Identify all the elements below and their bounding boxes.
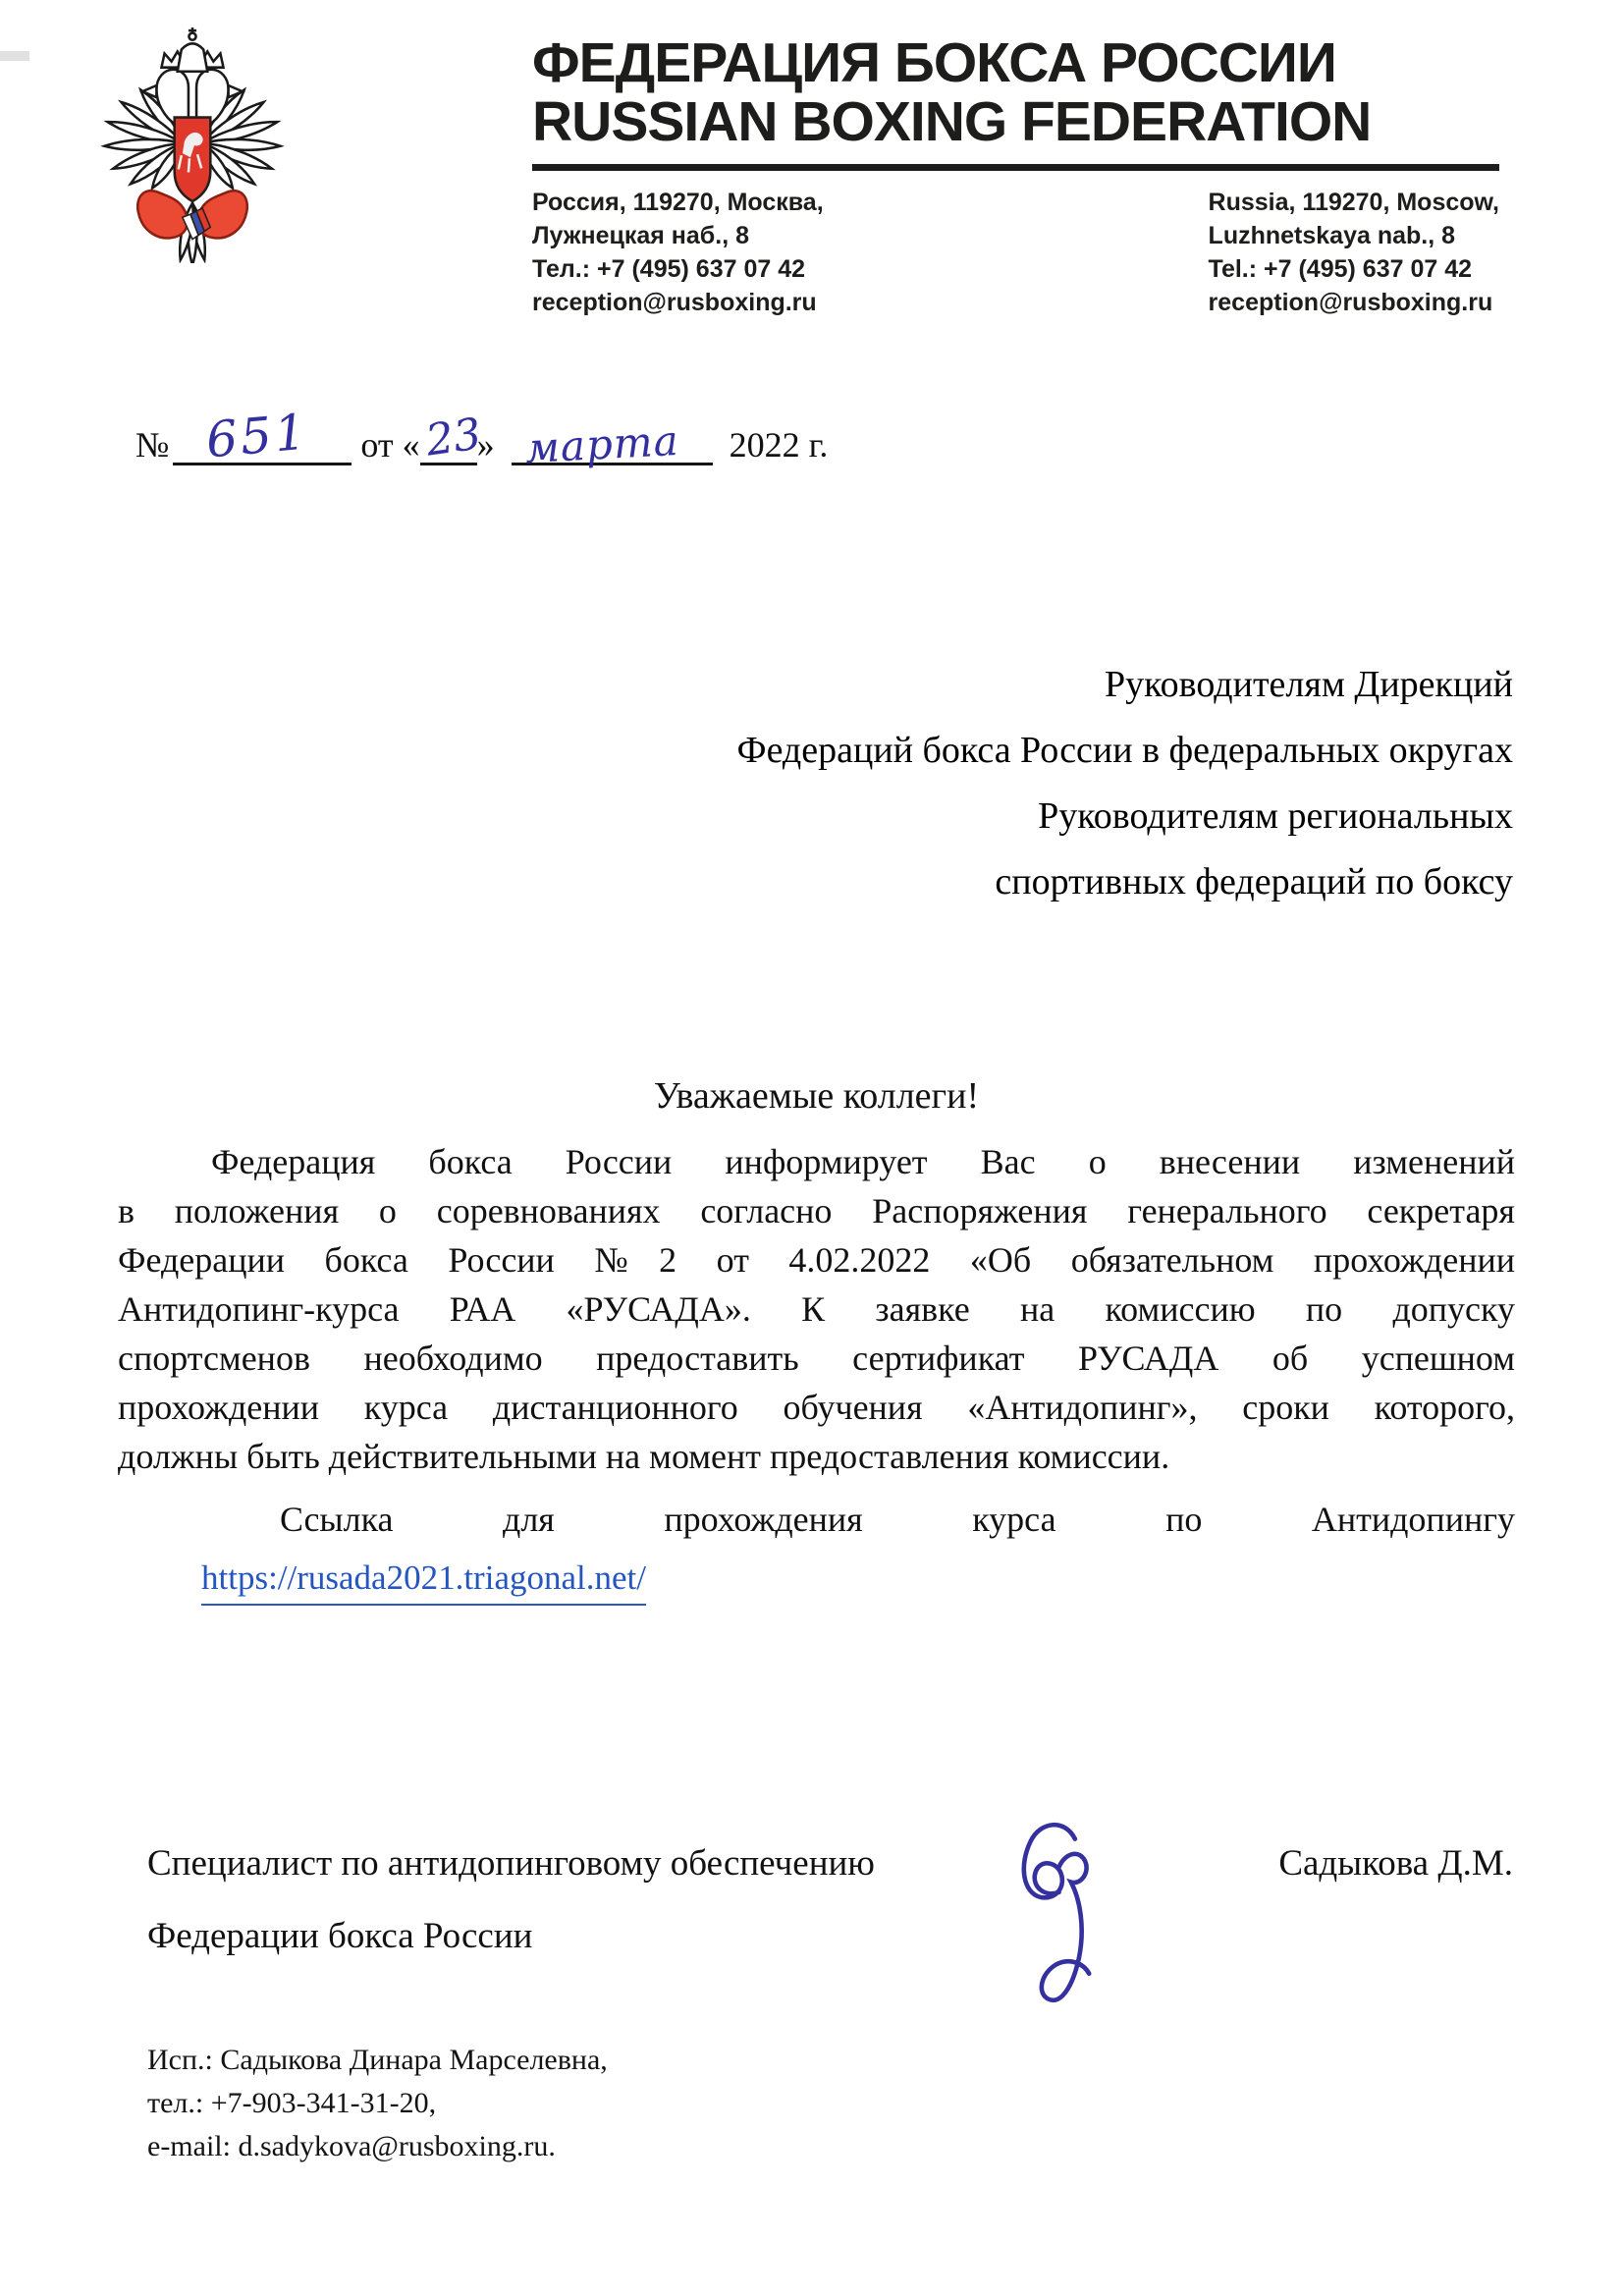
address-en-line: Russia, 119270, Moscow, xyxy=(1209,186,1499,219)
signature-block: Специалист по антидопинговому обеспечени… xyxy=(147,1842,1513,1957)
signer-position-line2: Федерации бокса России xyxy=(147,1915,1513,1957)
link-intro-line: Ссылка для прохождения курса по Антидопи… xyxy=(118,1495,1515,1544)
body-line: Антидопинг-курса РАА «РУСАДА». К заявке … xyxy=(118,1285,1515,1334)
signer-name: Садыкова Д.М. xyxy=(1278,1842,1513,1885)
executor-phone: тел.: +7-903-341-31-20, xyxy=(147,2082,608,2125)
body-line: должны быть действительными на момент пр… xyxy=(118,1432,1515,1481)
address-ru-line: Россия, 119270, Москва, xyxy=(532,186,824,219)
masthead-divider xyxy=(532,164,1499,171)
handwritten-number: 651 xyxy=(204,404,311,469)
org-title-ru: ФЕДЕРАЦИЯ БОКСА РОССИИ xyxy=(532,33,1502,92)
rusada-course-link[interactable]: https://rusada2021.triagonal.net/ xyxy=(201,1554,646,1606)
handwritten-month: марта xyxy=(523,416,679,472)
day-blank: 23 xyxy=(420,417,477,465)
address-en-email: reception@rusboxing.ru xyxy=(1209,286,1499,319)
contact-addresses: Россия, 119270, Москва, Лужнецкая наб., … xyxy=(532,186,1499,319)
address-ru-email: reception@rusboxing.ru xyxy=(532,286,824,319)
body-line: Федерация бокса России информирует Вас о… xyxy=(118,1137,1515,1186)
handwritten-signature-icon xyxy=(1000,1815,1117,2026)
body-line: в положения о соревнованиях согласно Рас… xyxy=(118,1186,1515,1235)
handwritten-day: 23 xyxy=(422,409,484,465)
masthead: ФЕДЕРАЦИЯ БОКСА РОССИИ RUSSIAN BOXING FE… xyxy=(532,33,1502,319)
executor-footer: Исп.: Садыкова Динара Марселевна, тел.: … xyxy=(147,2039,608,2168)
org-title-en: RUSSIAN BOXING FEDERATION xyxy=(532,92,1502,151)
body-line: Федерации бокса России №2 от 4.02.2022 «… xyxy=(118,1235,1515,1285)
address-en-line: Luzhnetskaya nab., 8 xyxy=(1209,219,1499,252)
letter-page: ФЕДЕРАЦИЯ БОКСА РОССИИ RUSSIAN BOXING FE… xyxy=(0,0,1623,2296)
address-en-line: Tel.: +7 (495) 637 07 42 xyxy=(1209,252,1499,286)
scan-artifact xyxy=(0,51,29,61)
letter-body: Федерация бокса России информирует Вас о… xyxy=(118,1137,1515,1606)
central-crown xyxy=(178,27,208,72)
recipient-line: Руководителям региональных xyxy=(737,784,1513,849)
address-ru-line: Лужнецкая наб., 8 xyxy=(532,219,824,252)
signer-position-line1: Специалист по антидопинговому обеспечени… xyxy=(147,1842,875,1885)
link-line: https://rusada2021.triagonal.net/ xyxy=(118,1553,1515,1606)
shield xyxy=(175,118,211,201)
recipient-block: Руководителям Дирекций Федераций бокса Р… xyxy=(737,652,1513,915)
from-label: от « xyxy=(352,424,419,465)
month-blank: марта xyxy=(512,417,713,465)
executor-name: Исп.: Садыкова Динара Марселевна, xyxy=(147,2039,608,2082)
body-line: прохождении курса дистанционного обучени… xyxy=(118,1383,1515,1432)
rbf-eagle-logo-icon xyxy=(98,26,287,263)
address-en: Russia, 119270, Moscow, Luzhnetskaya nab… xyxy=(1209,186,1499,319)
executor-email: e-mail: d.sadykova@rusboxing.ru. xyxy=(147,2125,608,2168)
recipient-line: спортивных федераций по боксу xyxy=(737,849,1513,915)
address-ru: Россия, 119270, Москва, Лужнецкая наб., … xyxy=(532,186,824,319)
recipient-line: Руководителям Дирекций xyxy=(737,652,1513,718)
number-label: № xyxy=(135,424,169,465)
number-blank: 651 xyxy=(173,417,352,465)
address-ru-line: Тел.: +7 (495) 637 07 42 xyxy=(532,252,824,286)
year-label: 2022 г. xyxy=(721,424,829,465)
salutation: Уважаемые коллеги! xyxy=(118,1074,1515,1118)
recipient-line: Федераций бокса России в федеральных окр… xyxy=(737,718,1513,784)
body-line: спортсменов необходимо предоставить серт… xyxy=(118,1334,1515,1383)
reference-line: № 651 от « 23 » марта 2022 г. xyxy=(135,414,828,465)
